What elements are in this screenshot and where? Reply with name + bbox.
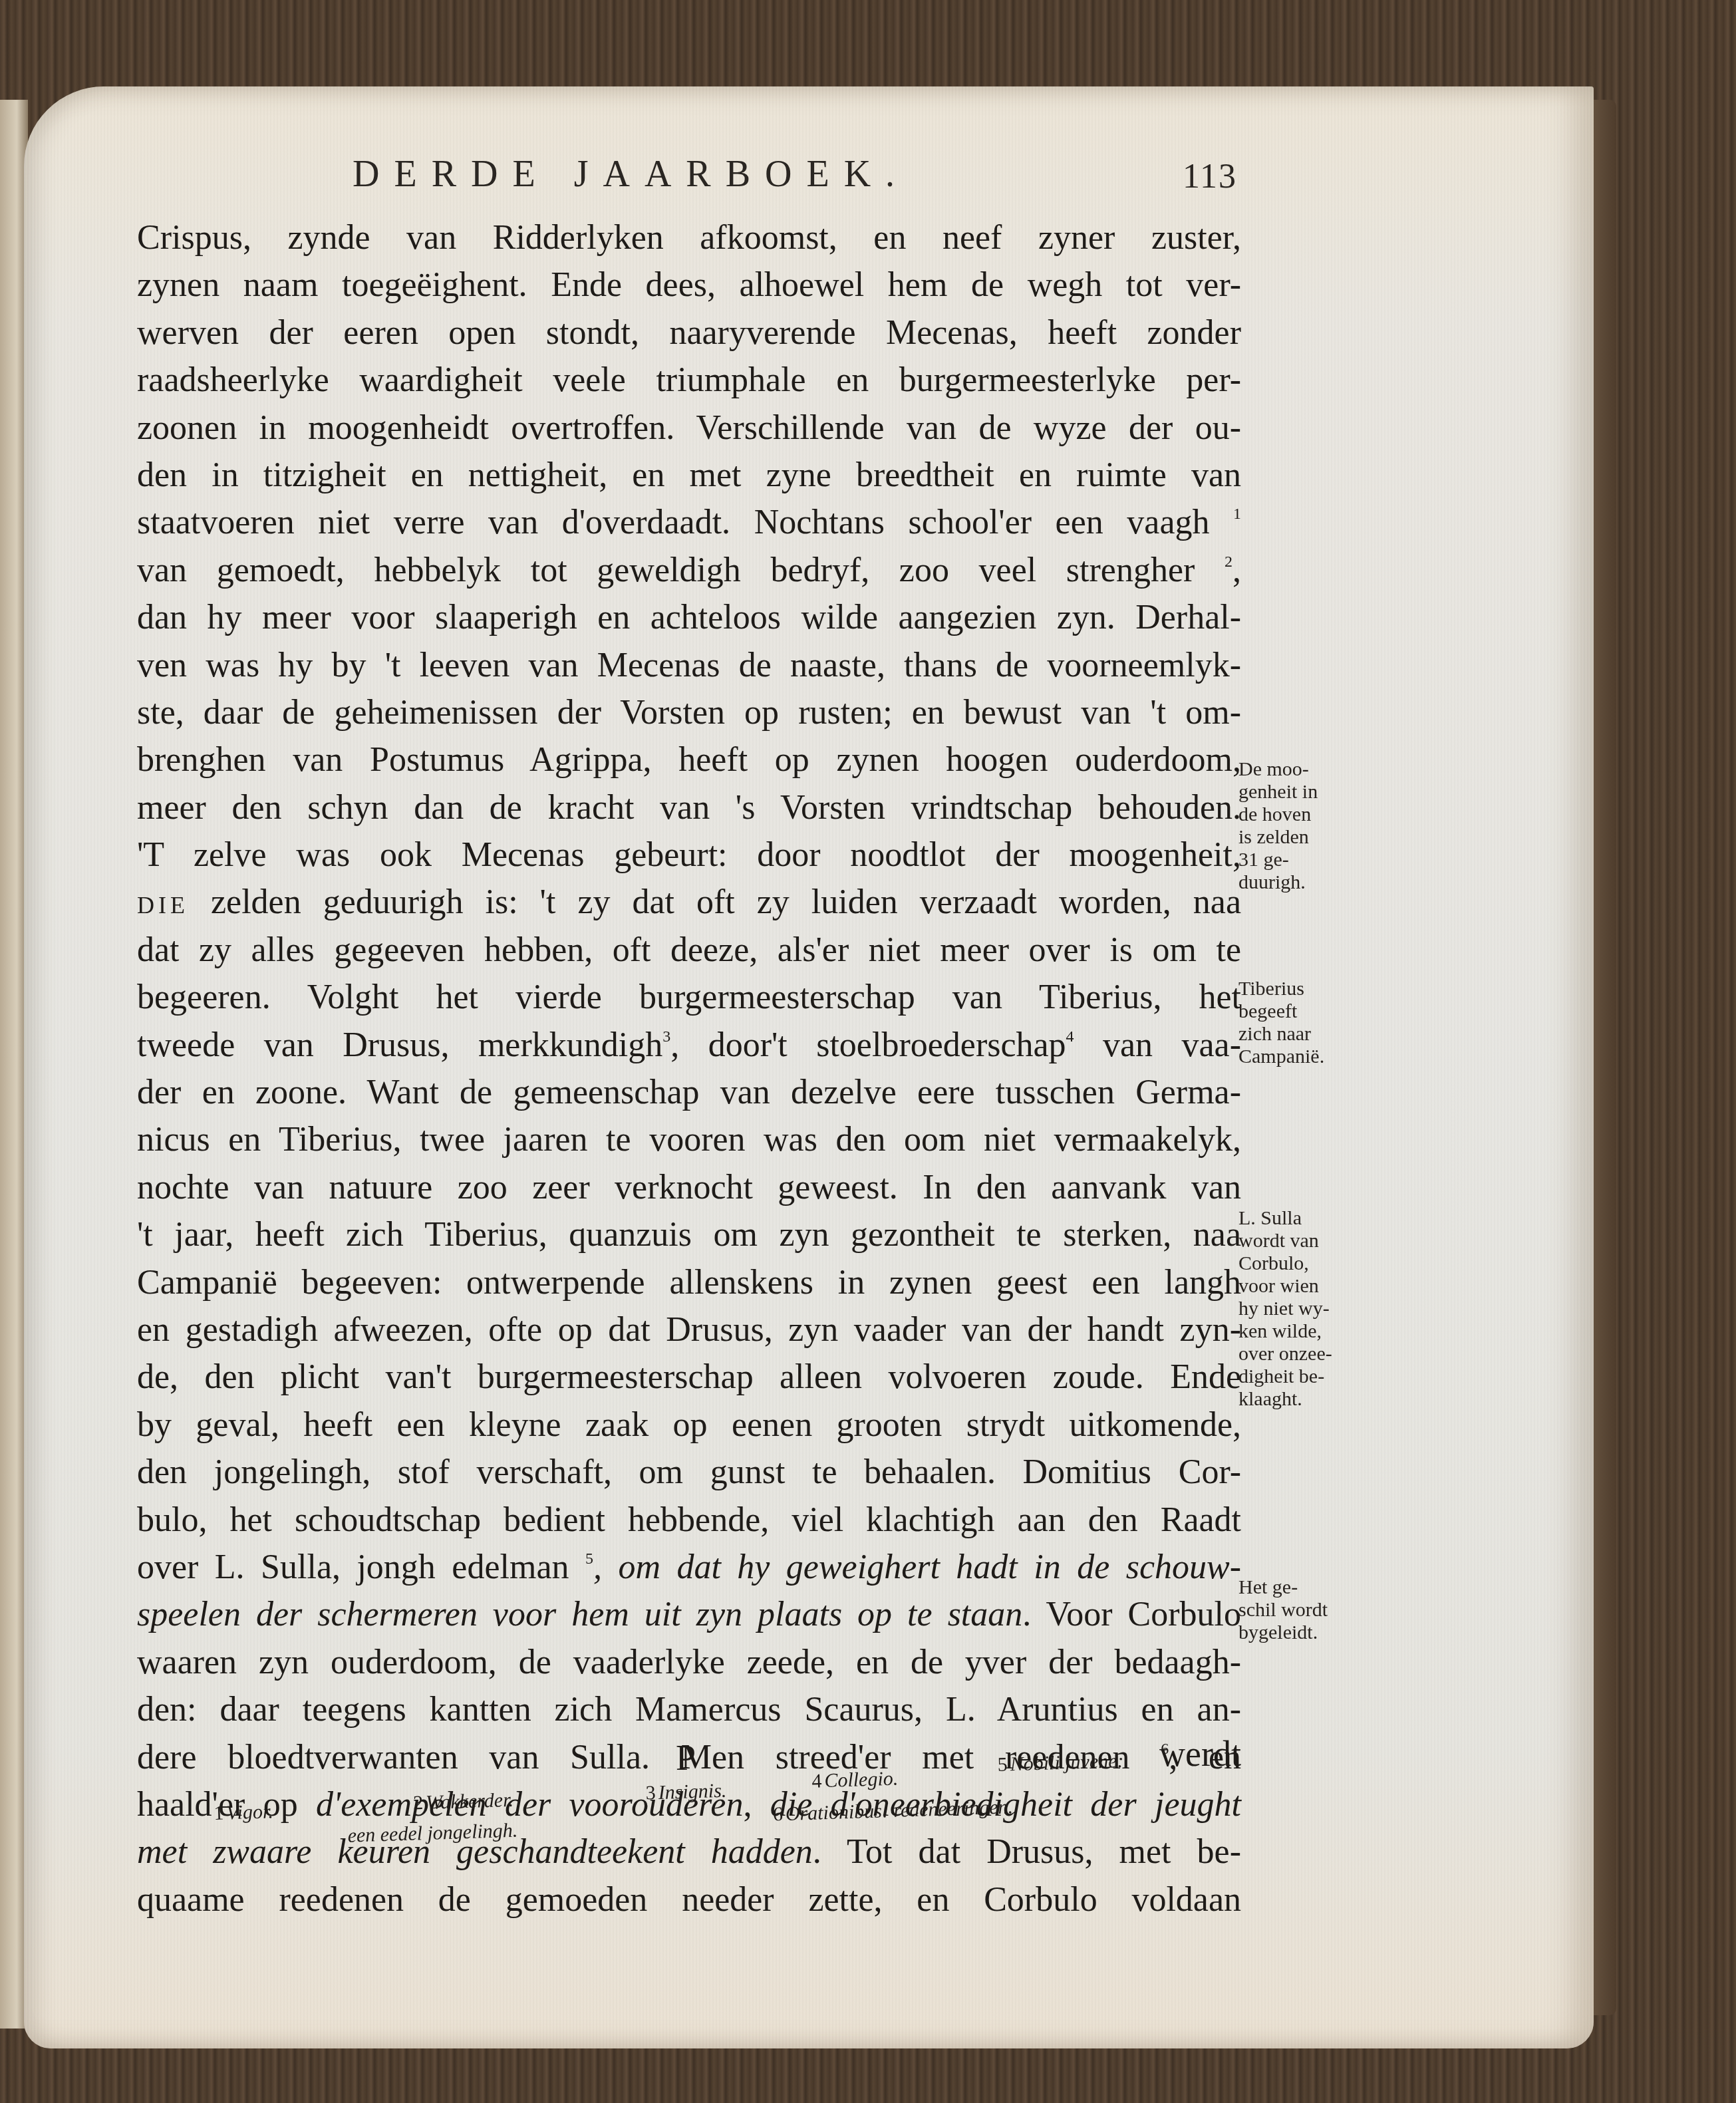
body-text: Crispus, zynde van Ridderlyken afkoomst,… — [137, 214, 1241, 1923]
page-number: 113 — [1183, 157, 1237, 196]
text-line: den in titzigheit en nettigheit, en met … — [137, 452, 1241, 499]
text-line: begeeren. Volght het vierde burgermeeste… — [137, 974, 1241, 1021]
text-line: zoonen in moogenheidt overtroffen. Versc… — [137, 404, 1241, 452]
text-line: by geval, heeft een kleyne zaak op eenen… — [137, 1401, 1241, 1449]
text-line: DIE zelden geduurigh is: 't zy dat oft z… — [137, 879, 1241, 926]
footnote-ref: 2 — [1225, 553, 1232, 571]
footnote-ref: 1 — [1233, 505, 1241, 523]
footnote-ref: 3 — [662, 1028, 670, 1046]
footnote-2: 2Wakkerder. — [413, 1789, 514, 1815]
text-line: dat zy alles gegeeven hebben, oft deeze,… — [137, 926, 1241, 974]
margin-note-sulla: L. Sulla wordt van Corbulo, voor wien hy… — [1238, 1207, 1385, 1411]
text-line: bulo, het schoudtschap bedient hebbende,… — [137, 1496, 1241, 1544]
footnote-1: 1Vigor. — [214, 1800, 273, 1825]
text-line: en gestadigh afweezen, ofte op dat Drusu… — [137, 1306, 1241, 1353]
text-line: nicus en Tiberius, twee jaaren te vooren… — [137, 1116, 1241, 1163]
footnote-2-continued: een eedel jongelingh. — [347, 1820, 518, 1848]
footnote-ref: 4 — [1066, 1028, 1074, 1046]
margin-note-geschil: Het ge- schil wordt bygeleidt. — [1238, 1576, 1385, 1644]
text-line: ste, daar de geheimenissen der Vorsten o… — [137, 689, 1241, 736]
text-line: staatvoeren niet verre van d'overdaadt. … — [137, 499, 1241, 546]
footnote-ref: 5 — [585, 1550, 593, 1568]
text-line: over L. Sulla, jongh edelman 5, om dat h… — [137, 1544, 1241, 1591]
text-line: de, den plicht van't burgermeesterschap … — [137, 1353, 1241, 1401]
text-line: Campanië begeeven: ontwerpende allensken… — [137, 1259, 1241, 1306]
text-line: meer den schyn dan de kracht van 's Vors… — [137, 784, 1241, 831]
text-line: van gemoedt, hebbelyk tot geweldigh bedr… — [137, 547, 1241, 594]
text-line: nochte van natuure zoo zeer verknocht ge… — [137, 1164, 1241, 1211]
smallcaps-word: DIE — [137, 892, 189, 918]
footnote-5: 5Nobili juvene: — [997, 1750, 1124, 1776]
margin-note-tiberius: Tiberius begeeft zich naar Campanië. — [1238, 978, 1385, 1068]
text-line: ven was hy by 't leeven van Mecenas de n… — [137, 642, 1241, 689]
text-line: 't jaar, heeft zich Tiberius, quanzuis o… — [137, 1211, 1241, 1258]
text-line: dan hy meer voor slaaperigh en achteloos… — [137, 594, 1241, 641]
text-line: werven der eeren open stondt, naaryveren… — [137, 309, 1241, 356]
text-line: Crispus, zynde van Ridderlyken afkoomst,… — [137, 214, 1241, 261]
footnote-3: 3Insignis. — [645, 1780, 727, 1805]
footnote-6: 6Orationibus: redeneeringen. — [772, 1796, 1013, 1826]
margin-note-moogenheit: De moo- genheit in de hoven is zelden 31… — [1238, 758, 1385, 894]
text-line: waaren zyn ouderdoom, de vaaderlyke zeed… — [137, 1639, 1241, 1686]
text-line: 'T zelve was ook Mecenas gebeurt: door n… — [137, 831, 1241, 879]
text-line: zynen naam toegeëighent. Ende dees, alho… — [137, 261, 1241, 309]
text-line: speelen der schermeren voor hem uit zyn … — [137, 1591, 1241, 1638]
text-line: tweede van Drusus, merkkundigh3, door't … — [137, 1022, 1241, 1069]
running-header: DERDE JAARBOEK. 113 — [133, 153, 1237, 206]
text-line: quaame reedenen de gemoeden needer zette… — [137, 1876, 1241, 1923]
running-title: DERDE JAARBOEK. — [353, 153, 909, 196]
text-line: den jongelingh, stof verschaft, om gunst… — [137, 1449, 1241, 1496]
footnote-4: 4Collegio. — [811, 1768, 899, 1793]
text-line: raadsheerlyke waardigheit veele triumpha… — [137, 356, 1241, 404]
text-line: den: daar teegens kantten zich Mamercus … — [137, 1686, 1241, 1733]
text-line: der en zoone. Want de gemeenschap van de… — [137, 1069, 1241, 1116]
text-line: brenghen van Postumus Agrippa, heeft op … — [137, 736, 1241, 783]
